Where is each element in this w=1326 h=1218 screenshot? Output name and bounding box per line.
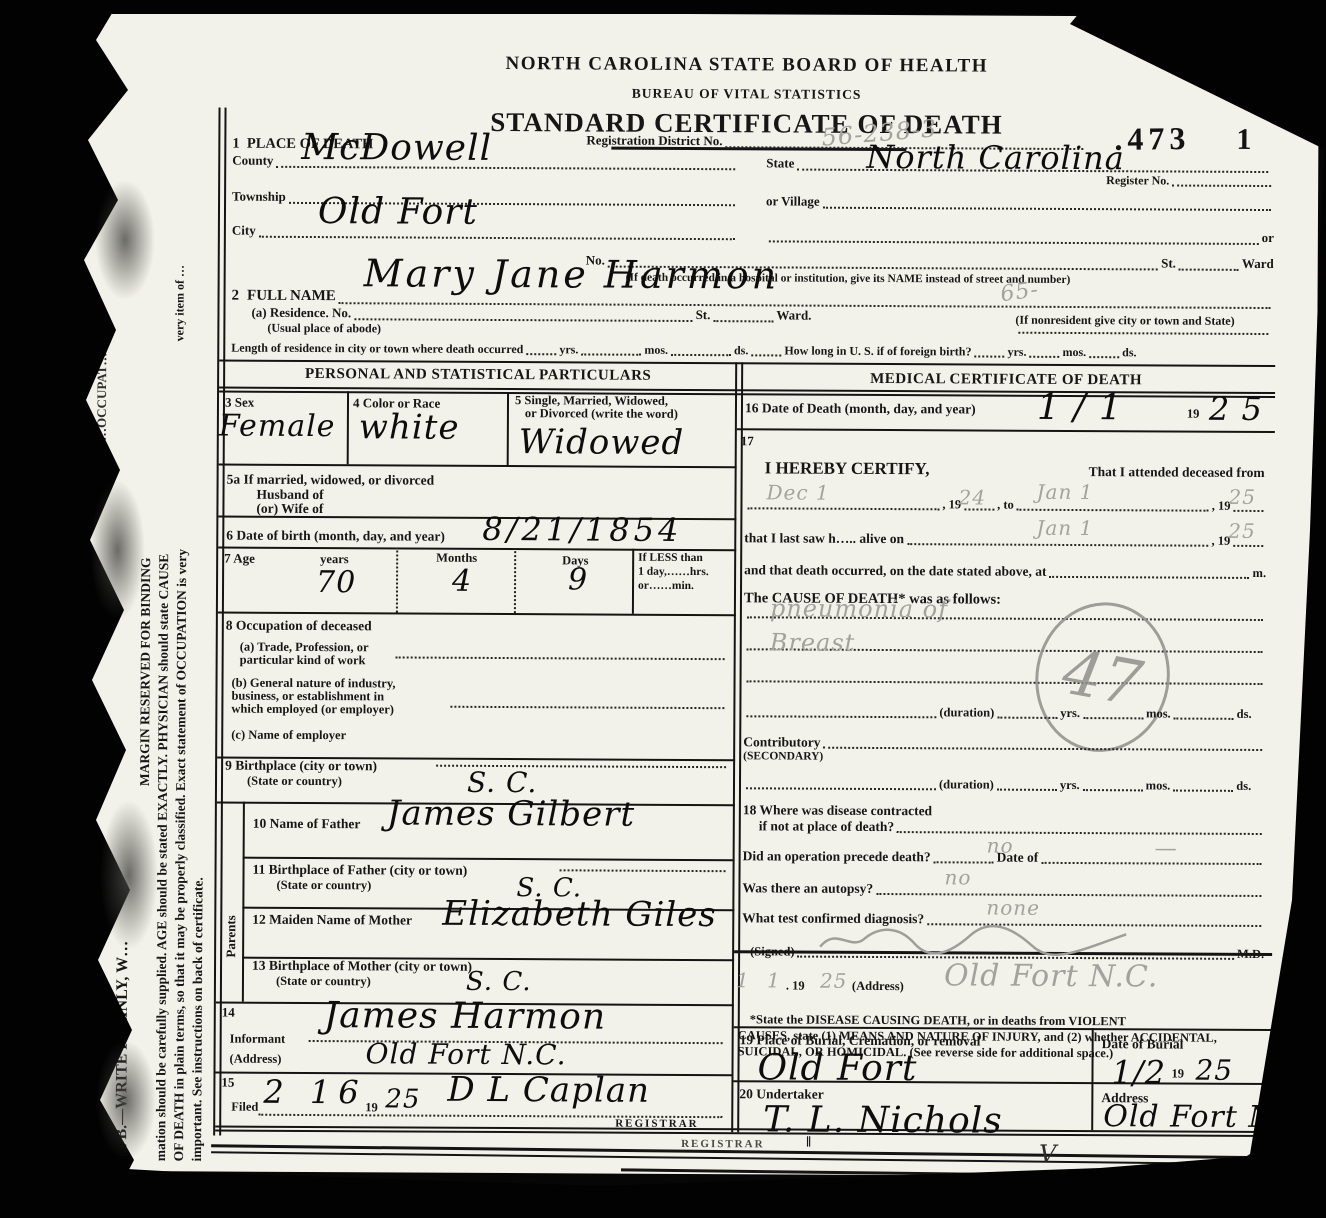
mos-label: mos.	[644, 344, 668, 358]
burial-place-value: Old Fort	[757, 1050, 917, 1087]
certificate-paper: …DING INK—THIS IS A PERMANENT… …OCCUPAT……	[61, 11, 1319, 1178]
sign-address-label: (Address)	[852, 979, 904, 993]
attended-from-year: 24	[958, 487, 986, 507]
village-row: or Village	[766, 194, 1274, 211]
operation-value: no	[987, 836, 1014, 856]
death-occurred-label: and that death occurred, on the date sta…	[744, 562, 1046, 579]
medical-header: MEDICAL CERTIFICATE OF DEATH	[737, 370, 1275, 390]
dotted-line	[747, 505, 939, 510]
to-label: , to	[997, 498, 1014, 512]
last-saw-value: Jan 1	[1036, 518, 1093, 538]
margin-nb-line4: important. See instructions on back of c…	[189, 877, 206, 1161]
duration-label-1: (duration)	[939, 705, 994, 719]
dotted-line	[746, 713, 936, 718]
duration-mos-2: mos.	[1146, 778, 1171, 792]
dotted-line	[396, 654, 725, 660]
residence-label: (a) Residence. No.	[251, 306, 351, 321]
sex-value: Female	[219, 412, 336, 443]
signed-label: (Signed)	[750, 944, 795, 958]
dotted-line	[751, 353, 781, 357]
dotted-line	[747, 678, 1263, 685]
county-value: McDowell	[301, 130, 492, 167]
torn-paper-smudge	[96, 1040, 156, 1160]
dob-label: 6 Date of birth (month, day, and year)	[226, 528, 445, 544]
yrs-label: yrs.	[559, 343, 578, 357]
personal-column: PERSONAL AND STATISTICAL PARTICULARS 3 S…	[215, 360, 737, 1129]
margin-fragment-item: very item of …	[173, 265, 187, 341]
burial-place-label: 19 Place of Burial, Cremation, or remova…	[740, 1032, 981, 1048]
filed-year-value: 25	[385, 1086, 420, 1112]
age-label: 7 Age	[224, 552, 255, 567]
city-right-row: or	[766, 228, 1274, 245]
yrs-label2: yrs.	[1007, 346, 1026, 360]
dotted-line	[746, 785, 936, 790]
dotted-line	[1179, 266, 1239, 270]
abode-note: (Usual place of abode)	[267, 322, 381, 336]
ward-label: Ward	[1242, 257, 1274, 272]
marital-value: Widowed	[519, 425, 685, 460]
certify-bold: I HEREBY CERTIFY,	[765, 458, 930, 478]
county-label: County	[232, 154, 273, 169]
dotted-line	[713, 318, 773, 322]
filed-date-value: 2 16	[263, 1076, 366, 1109]
date-of-death-year-prefix: 19	[1187, 407, 1200, 421]
last-saw-row: that I last saw h….. alive on , 19	[744, 530, 1266, 548]
mother-value: Elizabeth Giles	[442, 897, 717, 932]
full-name-label: FULL NAME	[247, 288, 336, 305]
footnote-line-1: *State the DISEASE CAUSING DEATH, or in …	[750, 1012, 1126, 1028]
duration-ds-2: ds.	[1236, 779, 1251, 793]
contributory-label: Contributory	[743, 734, 820, 750]
howlong-label: How long in U. S. if of foreign birth?	[784, 344, 971, 358]
duration-yrs-2: yrs.	[1060, 778, 1080, 792]
father-birthplace-label: 11 Birthplace of Father (city or town)	[253, 862, 468, 878]
certify-row: I HEREBY CERTIFY, That I attended deceas…	[765, 458, 1265, 480]
mother-birthplace-sub: (State or country)	[276, 974, 371, 988]
death-occurred-row: and that death occurred, on the date sta…	[744, 562, 1266, 580]
informant-label: Informant	[230, 1032, 286, 1046]
sign-date-value: 1 1	[736, 970, 786, 990]
personal-header: PERSONAL AND STATISTICAL PARTICULARS	[219, 366, 737, 386]
sign-year-prefix: . 19	[786, 979, 805, 993]
state-value: North Carolina	[866, 141, 1125, 174]
length-residence-label: Length of residence in city or town wher…	[231, 342, 523, 357]
dotted-line	[897, 829, 1262, 835]
sign-year-value: 25	[820, 971, 848, 991]
dotted-line	[1083, 787, 1143, 791]
city-label: City	[232, 224, 256, 239]
informant-value: James Harmon	[324, 998, 607, 1035]
age-less-label-1: If LESS than	[638, 552, 703, 565]
dotted-line	[997, 715, 1057, 719]
st-label: St.	[1161, 256, 1176, 271]
residence-st-label: St.	[696, 308, 711, 323]
age-less-label-2: 1 day,……hrs.	[638, 566, 709, 579]
mos-label2: mos.	[1062, 346, 1086, 360]
dotted-line	[671, 352, 731, 356]
secondary-label: (SECONDARY)	[743, 750, 823, 763]
where-contracted-label-1: 18 Where was disease contracted	[743, 802, 932, 818]
margin-nb-line3: OF DEATH in plain terms, so that it may …	[171, 549, 189, 1161]
medical-column: MEDICAL CERTIFICATE OF DEATH 16 Date of …	[733, 362, 1275, 1131]
dotted-line	[974, 354, 1004, 358]
registrar-label: REGISTRAR	[615, 1118, 698, 1131]
where-contracted-label-2: if not at place of death?	[759, 818, 894, 834]
state-label: State	[766, 156, 794, 171]
dotted-line	[581, 352, 641, 356]
dotted-line	[769, 238, 1259, 245]
dotted-line	[450, 704, 724, 709]
dotted-line	[1174, 716, 1234, 720]
birthplace-sub: (State or country)	[247, 774, 342, 788]
dotted-line	[560, 867, 726, 872]
undertaker-value: T. L. Nichols	[763, 1102, 1003, 1139]
mother-birthplace-value: S. C.	[466, 969, 532, 995]
dotted-line	[1173, 788, 1233, 792]
occupation-label: 8 Occupation of deceased	[226, 618, 372, 634]
attended-to-value: Jan 1	[1036, 482, 1093, 502]
dotted-line	[934, 859, 994, 863]
dotted-line	[1172, 183, 1271, 188]
mother-label: 12 Maiden Name of Mother	[252, 912, 412, 928]
occupation-c: (c) Name of employer	[231, 728, 346, 743]
dotted-line	[997, 787, 1057, 791]
burial-date-label: Date of Burial	[1102, 1036, 1184, 1052]
birthplace-label: 9 Birthplace (city or town)	[225, 758, 377, 774]
full-name-sec: 2	[232, 288, 240, 305]
cause-value-2: Breast	[770, 630, 856, 654]
occurred-m-label: m.	[1253, 566, 1267, 580]
age-less-label-3: or……min.	[638, 580, 694, 593]
strip-check-mark: V	[1039, 1142, 1057, 1166]
dotted-line	[354, 316, 693, 322]
attended-to-year: 25	[1228, 487, 1256, 507]
org-title: NORTH CAROLINA STATE BOARD OF HEALTH	[227, 52, 1267, 79]
ds-label2: ds.	[1122, 346, 1136, 360]
torn-paper-smudge	[100, 800, 158, 950]
date-of-death-value: 1 / 1	[1037, 390, 1123, 426]
occupation-a2: particular kind of work	[240, 653, 366, 668]
burial-date-value: 1/2	[1111, 1056, 1166, 1088]
register-no-row: Register No.	[1106, 174, 1274, 188]
married-label-1: 5a If married, widowed, or divorced	[227, 472, 435, 488]
duration-row-1: (duration) yrs. mos. ds.	[743, 704, 1265, 721]
length-residence-row: Length of residence in city or town wher…	[231, 342, 1279, 361]
informant-sec: 14	[222, 1006, 235, 1021]
register-number-stamp: .473	[1114, 120, 1190, 158]
burial-year-value: 25	[1195, 1057, 1233, 1085]
parents-side-label: Parents	[224, 915, 239, 957]
dotted-line	[1017, 507, 1209, 512]
sign-address-value: Old Fort N.C.	[944, 961, 1159, 992]
dotted-line	[1049, 574, 1249, 579]
last-saw-year: 25	[1228, 521, 1256, 541]
age-years-label: years	[320, 552, 349, 566]
married-label-3: (or) Wife of	[256, 501, 323, 516]
occupation-a-line	[393, 654, 728, 661]
full-name-pencil-note: 65-	[999, 279, 1040, 306]
certify-rest: That I attended deceased from	[1089, 464, 1265, 480]
dotted-line	[823, 745, 1262, 751]
township-row: Township	[232, 190, 738, 207]
duration-label-2: (duration)	[939, 777, 994, 791]
dotted-line	[1089, 355, 1119, 359]
registration-district-label: Registration District No.	[586, 133, 722, 148]
dotted-line	[1083, 715, 1143, 719]
marital-label-2: or Divorced (write the word)	[525, 406, 678, 421]
occupation-b-line	[447, 704, 727, 710]
ds-label: ds.	[734, 344, 748, 358]
register-no-label: Register No.	[1106, 174, 1169, 188]
duration-ds-1: ds.	[1237, 707, 1252, 721]
autopsy-value: no	[944, 867, 971, 887]
age-months-label: Months	[436, 551, 477, 565]
date-of-death-label: 16 Date of Death (month, day, and year)	[745, 400, 976, 416]
contributory-row: Contributory	[743, 734, 1265, 752]
physician-signature	[814, 921, 1134, 957]
cause-value-1: pneumonia of	[770, 596, 948, 621]
nonresident-note: (If nonresident give city or town and St…	[1015, 314, 1234, 329]
township-label: Township	[232, 190, 286, 205]
father-birthplace-sub: (State or country)	[276, 878, 371, 892]
father-label: 10 Name of Father	[253, 816, 361, 832]
dob-value: 8/21/1854	[482, 513, 682, 546]
test-value: none	[986, 898, 1040, 918]
register-number-stamp-extra: 1	[1236, 123, 1251, 157]
village-label: or Village	[766, 194, 820, 209]
informant-address-value: Old Fort N.C.	[366, 1040, 567, 1069]
filed-sec: 15	[221, 1076, 234, 1091]
residence-ward-label: Ward.	[776, 308, 811, 323]
operation-label: Did an operation precede death?	[743, 848, 931, 864]
sec17-label: 17	[741, 434, 754, 449]
city-row: City	[232, 224, 738, 241]
microfilm-scan: …DING INK—THIS IS A PERMANENT… …OCCUPAT……	[0, 0, 1326, 1218]
torn-paper-smudge	[95, 180, 155, 300]
md-label: M.D.	[1237, 947, 1264, 961]
city-value: Old Fort	[318, 194, 478, 231]
burial-year-prefix: 19	[1171, 1067, 1184, 1081]
father-value: James Gilbert	[387, 796, 635, 831]
full-name-value: Mary Jane Harmon	[364, 254, 780, 294]
occupation-b3: which employed (or employer)	[231, 702, 394, 717]
dotted-line	[526, 352, 556, 356]
race-value: white	[359, 410, 460, 445]
dotted-line	[907, 541, 1209, 547]
duration-yrs-1: yrs.	[1060, 706, 1080, 720]
last-saw-label: that I last saw h….. alive on	[744, 530, 904, 546]
mother-birthplace-label: 13 Birthplace of Mother (city or town)	[252, 958, 472, 974]
duration-mos-1: mos.	[1146, 706, 1171, 720]
age-days-value: 9	[568, 565, 588, 595]
dotted-line	[823, 204, 1271, 210]
nonresident-line	[1015, 330, 1271, 336]
dotted-line	[1029, 354, 1059, 358]
dotted-line	[1018, 330, 1268, 335]
registrar-signature: D L Caplan	[447, 1073, 650, 1108]
dotted-line	[876, 891, 1261, 897]
dotted-line	[1041, 860, 1261, 865]
torn-paper-smudge	[90, 480, 145, 620]
sec-number: 1	[232, 136, 239, 152]
duration-row-2: (duration) yrs. mos. ds.	[743, 776, 1265, 793]
cause-line-3	[744, 678, 1266, 686]
bureau-subtitle: BUREAU OF VITAL STATISTICS	[227, 84, 1267, 105]
date-of-value: —	[1155, 838, 1178, 860]
dotted-line	[259, 233, 735, 239]
dotted-line	[1233, 543, 1263, 547]
rule	[211, 1151, 1273, 1165]
age-years-value: 70	[316, 568, 356, 598]
or-label: or	[1262, 231, 1274, 246]
father-birthplace-line	[557, 867, 729, 873]
attended-from-value: Dec 1	[766, 482, 829, 502]
informant-address-label: (Address)	[230, 1052, 282, 1066]
autopsy-label: Was there an autopsy?	[742, 880, 873, 896]
age-months-value: 4	[452, 567, 472, 597]
date-of-death-year-value: 2 5	[1209, 393, 1263, 425]
